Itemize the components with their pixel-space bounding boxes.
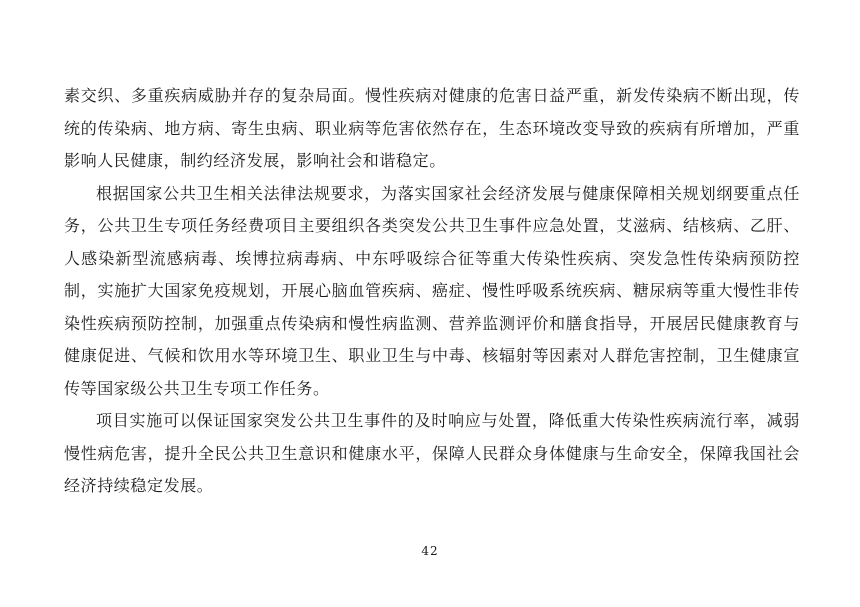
page-number: 42	[0, 543, 860, 559]
body-paragraph: 项目实施可以保证国家突发公共卫生事件的及时响应与处置，降低重大传染性疾病流行率，…	[64, 405, 800, 503]
page-content: 素交织、多重疾病威胁并存的复杂局面。慢性疾病对健康的危害日益严重，新发传染病不断…	[64, 80, 800, 503]
body-paragraph: 根据国家公共卫生相关法律法规要求，为落实国家社会经济发展与健康保障相关规划纲要重…	[64, 178, 800, 406]
document-page: 素交织、多重疾病威胁并存的复杂局面。慢性疾病对健康的危害日益严重，新发传染病不断…	[0, 0, 860, 607]
body-paragraph: 素交织、多重疾病威胁并存的复杂局面。慢性疾病对健康的危害日益严重，新发传染病不断…	[64, 80, 800, 178]
